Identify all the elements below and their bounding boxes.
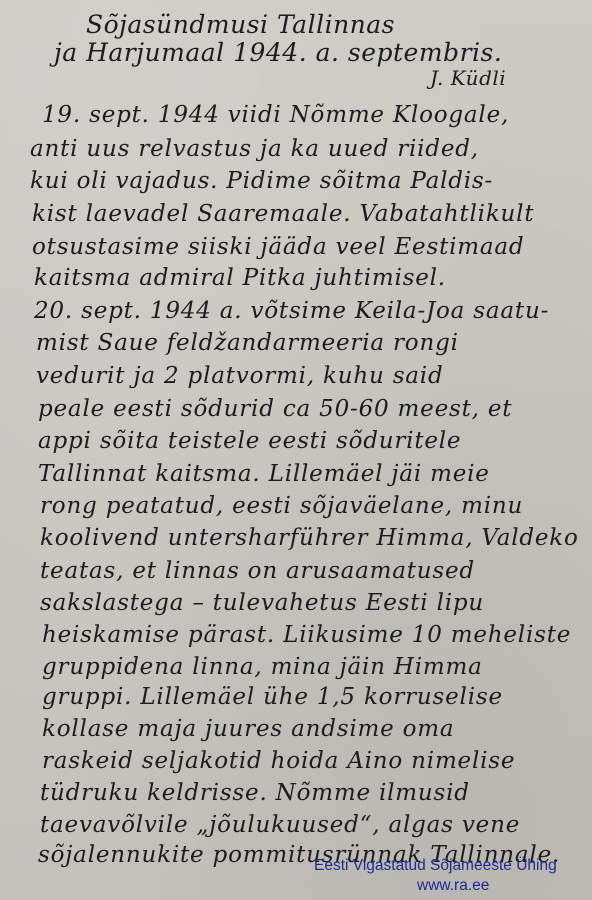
document-body-line: tüdruku keldrisse. Nõmme ilmusid: [40, 780, 470, 806]
document-body-line: rong peatatud, eesti sõjaväelane, minu: [40, 493, 523, 519]
document-body-line: vedurit ja 2 platvormi, kuhu said: [36, 363, 443, 389]
document-title-line-1: Sõjasündmusi Tallinnas: [86, 10, 395, 39]
document-body-line: peale eesti sõdurid ca 50-60 meest, et: [38, 396, 512, 422]
document-body-line: kaitsma admiral Pitka juhtimisel.: [34, 265, 446, 291]
document-body-line: raskeid seljakotid hoida Aino nimelise: [42, 748, 515, 774]
scanned-document-page: Sõjasündmusi Tallinnas ja Harjumaal 1944…: [0, 0, 592, 900]
document-body-line: anti uus relvastus ja ka uued riided,: [30, 136, 479, 162]
document-body-line: heiskamise pärast. Liikusime 10 mehelist…: [42, 622, 571, 648]
document-body-line: kist laevadel Saaremaale. Vabatahtlikult: [32, 201, 534, 227]
document-body-line: gruppi. Lillemäel ühe 1,5 korruselise: [42, 684, 503, 710]
document-body-line: 20. sept. 1944 a. võtsime Keila-Joa saat…: [34, 298, 549, 324]
document-body-line: teatas, et linnas on arusaamatused: [40, 558, 475, 584]
document-body-line: appi sõita teistele eesti sõduritele: [38, 428, 461, 454]
document-body-line: otsustasime siiski jääda veel Eestimaad: [32, 234, 524, 260]
document-body-line: koolivend untersharführer Himma, Valdeko: [40, 525, 579, 551]
document-body-line: sakslastega – tulevahetus Eesti lipu: [40, 590, 484, 616]
document-author: J. Küdli: [430, 66, 506, 90]
document-title-line-2: ja Harjumaal 1944. a. septembris.: [54, 38, 502, 67]
document-body-line: taevavõlvile „jõulukuused“, algas vene: [40, 812, 520, 838]
document-body-line: gruppidena linna, mina jäin Himma: [42, 654, 483, 680]
watermark-organization: Eesti Vigastatud Sõjameeste Ühing: [314, 857, 557, 875]
document-body-line: kollase maja juures andsime oma: [42, 716, 454, 742]
document-body-line: 19. sept. 1944 viidi Nõmme Kloogale,: [42, 102, 509, 128]
document-body-line: mist Saue feldžandarmeeria rongi: [36, 330, 459, 356]
document-body-line: kui oli vajadus. Pidime sõitma Paldis-: [30, 168, 493, 194]
document-body-line: Tallinnat kaitsma. Lillemäel jäi meie: [38, 461, 490, 487]
watermark-url: www.ra.ee: [417, 877, 489, 895]
